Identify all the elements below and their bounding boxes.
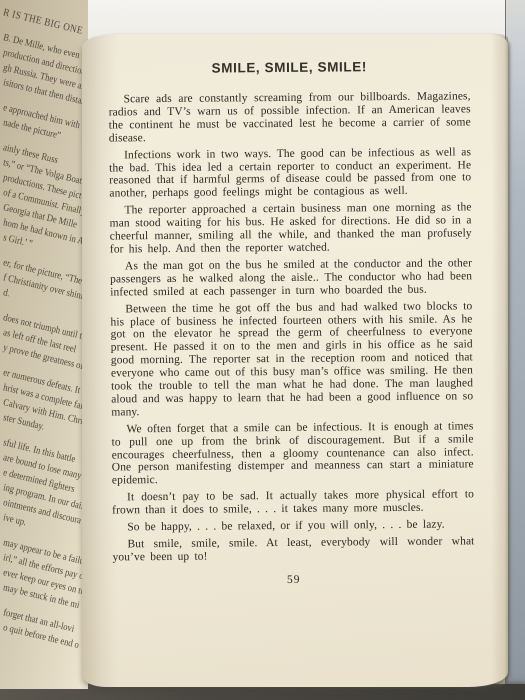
body-paragraph: Between the time he got off the bus and …	[110, 300, 473, 419]
left-page-paragraph-fragment: er numerous defeats. Ithrist was a compl…	[3, 365, 88, 425]
left-page-paragraph-fragment: sful life. In this battleare bound to lo…	[3, 435, 88, 525]
body-paragraph: It doesn’t pay to be sad. It actually ta…	[112, 489, 474, 518]
left-page-paragraph-fragment: B. De Mille, who evenproduction and dire…	[3, 30, 88, 90]
body-paragraph: Scare ads are constantly screaming from …	[109, 90, 471, 145]
body-paragraph: But smile, smile, smile. At least, every…	[112, 535, 474, 564]
body-paragraph: The reporter approached a certain busine…	[109, 202, 471, 257]
page-number: 59	[113, 572, 475, 587]
left-page-text: R IS THE BIG ONEB. De Mille, who evenpro…	[3, 5, 88, 645]
right-page: SMILE, SMILE, SMILE! Scare ads are const…	[82, 34, 508, 687]
left-page: R IS THE BIG ONEB. De Mille, who evenpro…	[0, 0, 88, 689]
left-page-paragraph-fragment: may appear to be a failuirl,” all the ef…	[3, 535, 88, 595]
body-paragraph: As the man got on the bus he smiled at t…	[110, 257, 472, 299]
body-paragraph: Infections work in two ways. The good ca…	[109, 146, 471, 201]
page-title: SMILE, SMILE, SMILE!	[108, 58, 470, 76]
page-text-block: SMILE, SMILE, SMILE! Scare ads are const…	[82, 34, 513, 588]
book-photo: R IS THE BIG ONEB. De Mille, who evenpro…	[0, 0, 525, 700]
body-paragraph: So be happy, . . . be relaxed, or if you…	[112, 518, 474, 534]
body-paragraph: We often forget that a smile can be infe…	[111, 420, 474, 488]
left-page-paragraph-fragment: ainly these Russts,” or “The Volga Boatm…	[3, 140, 88, 245]
left-page-paragraph-fragment: R IS THE BIG ONE	[3, 5, 88, 20]
